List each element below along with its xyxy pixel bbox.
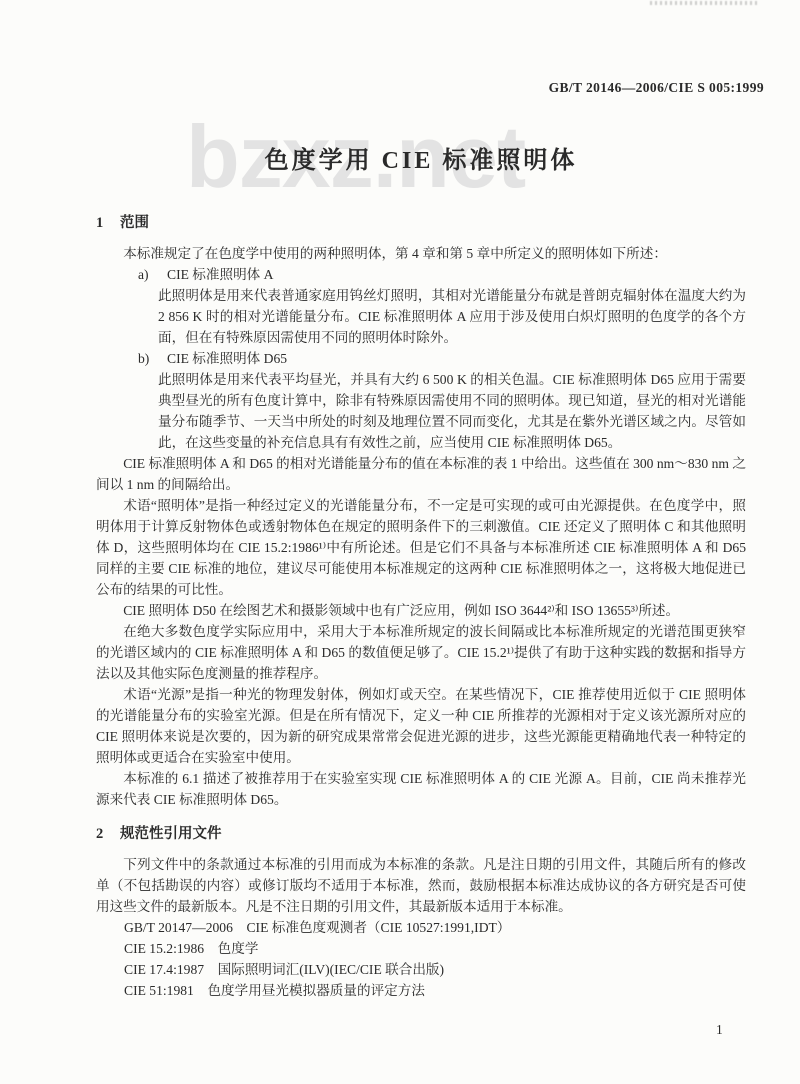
section-2-heading: 2规范性引用文件 (96, 823, 746, 845)
section-1-heading: 1范围 (96, 212, 746, 234)
section-2-number: 2 (96, 823, 120, 845)
list-item-b-title: CIE 标准照明体 D65 (167, 351, 287, 366)
reference-line: CIE 17.4:1987 国际照明词汇(ILV)(IEC/CIE 联合出版) (96, 959, 746, 980)
document-title: 色度学用 CIE 标准照明体 (95, 140, 747, 175)
list-item-a-marker: a) (138, 264, 167, 285)
document-body: 1范围 本标准规定了在色度学中使用的两种照明体，第 4 章和第 5 章中所定义的… (96, 212, 746, 1001)
normative-references-intro: 下列文件中的条款通过本标准的引用而成为本标准的条款。凡是注日期的引用文件，其随后… (96, 854, 746, 917)
list-item-b-header: b)CIE 标准照明体 D65 (96, 348, 746, 369)
list-item-b-body: 此照明体是用来代表平均昼光，并具有大约 6 500 K 的相关色温。CIE 标准… (96, 369, 746, 453)
paragraph-source-term: 术语“光源”是指一种光的物理发射体，例如灯或天空。在某些情况下，CIE 推荐使用… (96, 684, 746, 768)
page-number: 1 (716, 1022, 723, 1038)
paragraph-practice: 在绝大多数色度学实际应用中，采用大于本标准所规定的波长间隔或比本标准所规定的光谱… (96, 621, 746, 684)
paragraph-d50: CIE 照明体 D50 在绘图艺术和摄影领域中也有广泛应用，例如 ISO 364… (96, 600, 746, 621)
section-1-number: 1 (96, 212, 120, 234)
paragraph-source-a: 本标准的 6.1 描述了被推荐用于在实验室实现 CIE 标准照明体 A 的 CI… (96, 768, 746, 810)
section-2-title: 规范性引用文件 (120, 826, 222, 842)
list-item-a-body: 此照明体是用来代表普通家庭用钨丝灯照明，其相对光谱能量分布就是普朗克辐射体在温度… (96, 285, 746, 348)
reference-line: GB/T 20147—2006 CIE 标准色度观测者（CIE 10527:19… (96, 917, 746, 938)
reference-line: CIE 15.2:1986 色度学 (96, 938, 746, 959)
scope-intro-paragraph: 本标准规定了在色度学中使用的两种照明体，第 4 章和第 5 章中所定义的照明体如… (96, 243, 746, 264)
list-item-a-title: CIE 标准照明体 A (167, 267, 273, 282)
list-item-a-header: a)CIE 标准照明体 A (96, 264, 746, 285)
paragraph-table-values: CIE 标准照明体 A 和 D65 的相对光谱能量分布的值在本标准的表 1 中给… (96, 453, 746, 495)
scan-edge-artifact (650, 1, 760, 5)
list-item-b-marker: b) (138, 348, 167, 369)
standard-code-header: GB/T 20146—2006/CIE S 005:1999 (549, 80, 764, 96)
paragraph-illuminant-term: 术语“照明体”是指一种经过定义的光谱能量分布，不一定是可实现的或可由光源提供。在… (96, 495, 746, 600)
reference-line: CIE 51:1981 色度学用昼光模拟器质量的评定方法 (96, 980, 746, 1001)
section-1-title: 范围 (120, 215, 149, 231)
